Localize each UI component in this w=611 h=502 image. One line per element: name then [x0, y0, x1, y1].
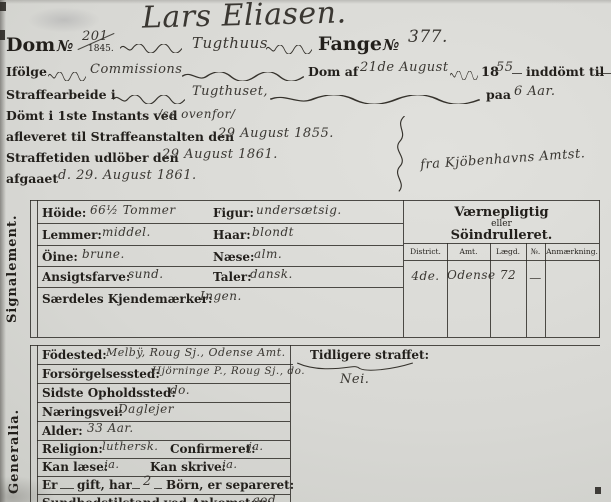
field-value: god. [252, 494, 280, 502]
border [545, 243, 546, 337]
er-label: Er [42, 479, 57, 491]
cell-no: — [524, 272, 547, 284]
border [30, 337, 600, 338]
afgaaet-label: afgaaet [6, 173, 58, 186]
field-label: Religion: [42, 443, 103, 455]
field-value: sund. [128, 268, 164, 280]
section-label-signalement: Signalement. [5, 200, 20, 337]
row-line [37, 458, 290, 459]
column-header-amt: Amt. [447, 248, 490, 256]
field-value: 33 Aar. [87, 422, 134, 434]
blank-dash [154, 488, 162, 489]
fange-label: Fange [318, 35, 382, 54]
border [404, 260, 599, 261]
field-label: Öine: [42, 251, 78, 263]
blank-dash [132, 488, 140, 489]
duration-value: 6 Aar. [514, 85, 555, 98]
flourish-squiggle [266, 45, 312, 54]
field-label: Taler: [213, 271, 252, 283]
field-value: Melbÿ, Roug Sj., Odense Amt. [106, 347, 286, 358]
flourish-squiggle [270, 95, 480, 104]
dom-year: 1845. [88, 45, 114, 54]
inddomt-label: inddömt til [526, 66, 604, 79]
straffearbeide-label: Straffearbeide i [6, 89, 116, 102]
field-label: Haar: [213, 229, 251, 241]
flourish-squiggle [120, 44, 182, 53]
ifolge-label: Ifölge [6, 66, 47, 79]
field-label: Kan læse: [42, 461, 108, 473]
column-header-no: №. [526, 248, 545, 256]
straffearbeide-value: Tugthuset, [192, 85, 268, 98]
underbrace-decoration [296, 360, 414, 372]
border [30, 345, 31, 502]
row-line [37, 266, 403, 267]
field-value: Ingen. [200, 290, 242, 302]
field-label: Lemmer: [42, 229, 102, 241]
edge-mark [0, 2, 6, 11]
field-value: blondt [252, 226, 294, 238]
border [490, 243, 491, 337]
row-line [37, 287, 403, 288]
column-header-district: District. [404, 248, 447, 256]
field-value: do. [170, 384, 190, 396]
filler-dash [512, 73, 522, 74]
border [30, 200, 31, 337]
border [37, 345, 38, 502]
field-label: Ansigtsfarve: [42, 271, 130, 283]
field-label: Sidste Opholdssted: [42, 387, 176, 399]
section-label-generalia: Generalia. [7, 400, 22, 502]
field-value: brune. [82, 248, 125, 260]
dom-no-symbol: № [57, 39, 73, 54]
instants-value: /se ovenfor/ [158, 108, 235, 120]
tidligere-straffet-value: Nei. [340, 373, 369, 386]
column-header-laegd: Lægd. [490, 248, 526, 256]
field-label: Confirmeret: [170, 443, 256, 455]
fange-number-value: 377. [408, 29, 448, 46]
born-count-value: 2 [143, 475, 152, 488]
vaernepligt-title-1: Værnepligtig [404, 206, 599, 219]
cell-district: 4de. [404, 270, 447, 282]
cell-laegd: 72 [490, 269, 526, 281]
edge-mark [0, 30, 5, 40]
udlober-label: Straffetiden udlöber den [6, 152, 179, 165]
row-line [37, 245, 403, 246]
field-value: undersætsig. [256, 204, 342, 216]
year-written: 55 [496, 61, 514, 74]
fange-no-symbol: № [383, 38, 399, 53]
born-separeret-label: Börn, er separeret: [166, 479, 294, 491]
udlober-value: 29 August 1861. [162, 148, 278, 161]
paa-label: paa [486, 89, 511, 102]
border [599, 200, 600, 337]
row-line [37, 421, 290, 422]
field-value: luthersk. [102, 441, 158, 453]
edge-mark [595, 487, 601, 494]
dom-af-label: Dom af [308, 66, 358, 79]
border [447, 243, 448, 337]
field-label: Særdeles Kjendemærker: [42, 293, 212, 305]
field-value: Hjörninge P., Roug Sj., do. [152, 366, 305, 377]
border [37, 200, 38, 337]
field-value: Daglejer [118, 403, 174, 415]
field-label: Næringsvei: [42, 406, 123, 418]
dom-date-value: 21de August [360, 61, 449, 74]
border [526, 243, 527, 337]
afleveret-value: 29 August 1855. [218, 127, 334, 140]
row-line [37, 476, 290, 477]
field-label: Födested: [42, 349, 107, 361]
margin-note: fra Kjöbenhavns Amtst. [420, 147, 586, 172]
cell-amt: Odense [447, 269, 490, 281]
vaernepligt-title-3: Söindrulleret. [404, 229, 599, 242]
flourish-squiggle [450, 71, 478, 80]
field-value: dansk. [250, 268, 293, 280]
field-value: ja. [104, 459, 120, 471]
ifolge-value: Commissions [90, 63, 182, 76]
field-value: 66½ Tommer [90, 204, 176, 216]
gift-har-label: gift, har [77, 479, 132, 491]
prison-record-document: Lars Eliasen. Dom № 201 1845. Tugthuus F… [0, 0, 611, 502]
institution-handwritten: Tugthuus [192, 36, 268, 51]
flourish-squiggle [182, 72, 304, 81]
field-value: ja. [248, 441, 264, 453]
column-header-anmaerkning: Anmærkning. [545, 248, 599, 256]
dom-label: Dom [6, 36, 55, 55]
afleveret-label: afleveret til Straffeanstalten den [6, 131, 234, 144]
field-label: Forsörgelsessted: [42, 368, 160, 380]
blank-dash [60, 488, 74, 489]
border [404, 243, 599, 244]
field-label: Figur: [213, 207, 254, 219]
flourish-squiggle [113, 95, 185, 104]
field-label: Alder: [42, 425, 83, 437]
margin-squiggle [392, 116, 408, 196]
filler-dash [598, 73, 611, 74]
row-line [37, 383, 290, 384]
prisoner-name-handwritten: Lars Eliasen. [142, 0, 347, 34]
instants-label: Dömt i 1ste Instants ved [6, 110, 178, 123]
afgaaet-value: d. 29. August 1861. [58, 169, 197, 182]
border [30, 200, 600, 201]
field-label: Sundhedstilstand ved Ankomsten: [42, 497, 271, 502]
field-value: middel. [102, 226, 151, 238]
flourish-squiggle [48, 72, 86, 81]
field-label: Höide: [42, 207, 86, 219]
field-label: Kan skrive: [150, 461, 226, 473]
row-line [37, 223, 403, 224]
field-value: alm. [254, 248, 282, 260]
field-value: ja. [222, 459, 238, 471]
field-label: Næse: [213, 251, 255, 263]
